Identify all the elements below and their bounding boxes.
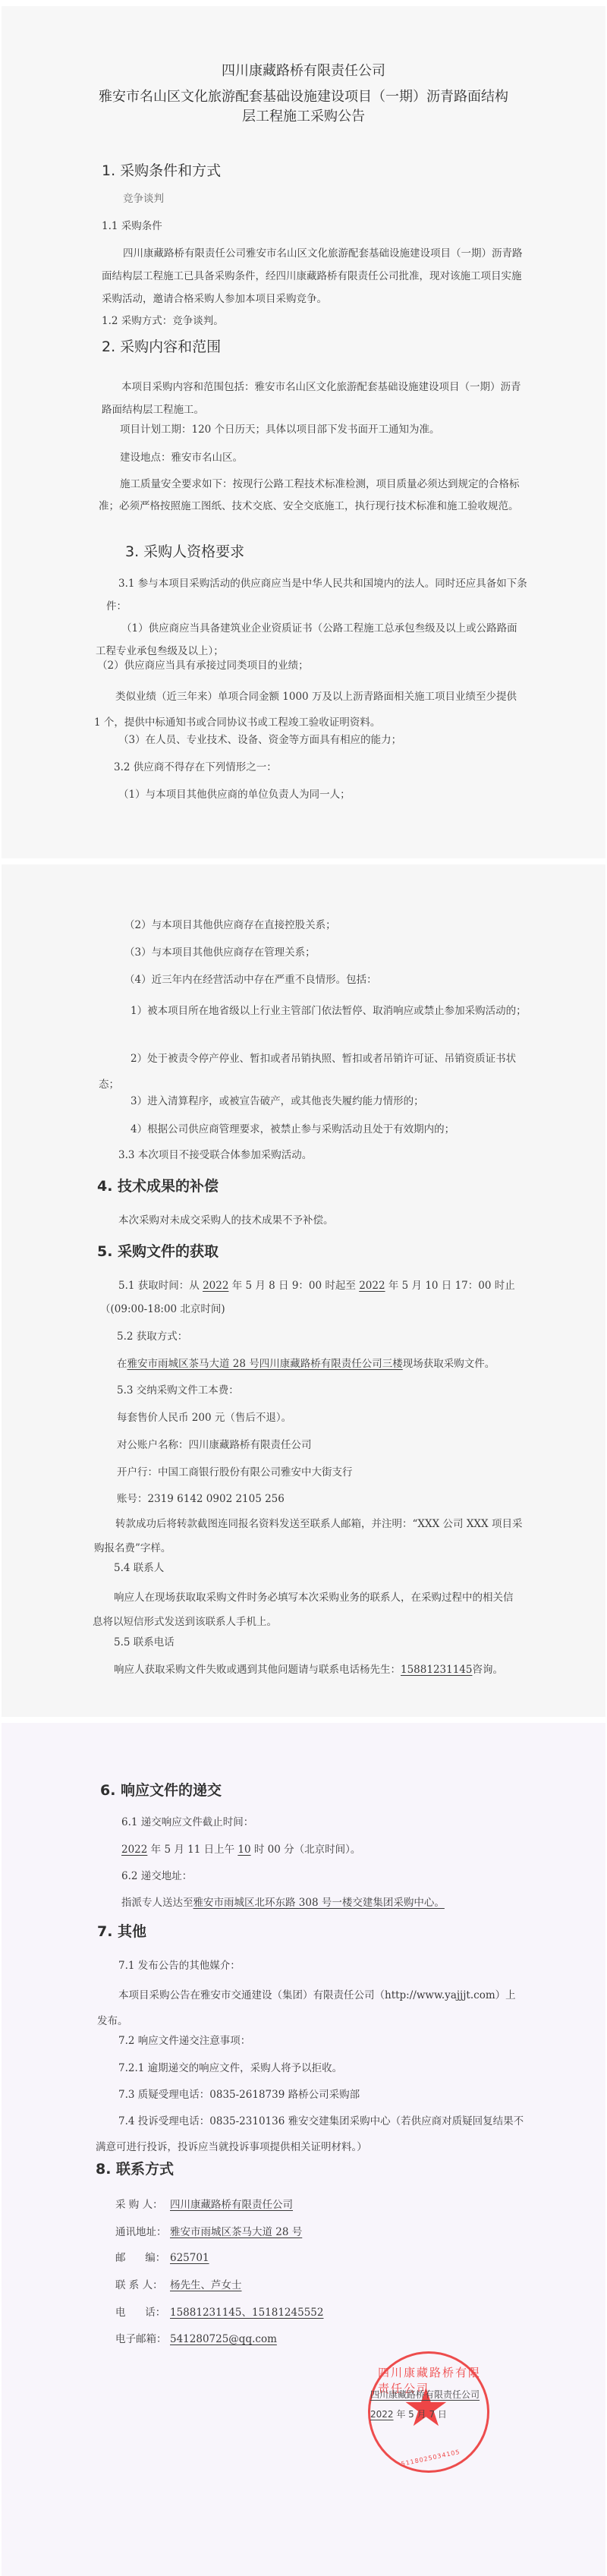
submission-address: 指派专人送达至雅安市雨城区北环东路 308 号一楼交建集团采购中心。 [121,1894,445,1911]
qualification-2: （2）供应商应当具有承接过同类项目的业绩； [97,657,309,674]
qualification-1: （1）供应商应当具备建筑业企业资质证书（公路工程施工总承包叁级及以上或公路路面工… [96,617,524,663]
project-location: 建设地点：雅安市名山区。 [120,449,243,466]
section-1-1-title: 1.1 采购条件 [102,218,162,235]
section-3-3: 3.3 本次项目不接受联合体参加采购活动。 [118,1147,312,1164]
account-name: 对公账户名称：四川康藏路桥有限责任公司 [117,1437,312,1453]
section-7-1: 7.1 发布公告的其他媒介： [118,1957,241,1974]
exclusion-3: （3）与本项目其他供应商存在管理关系； [124,944,316,961]
section-3-1: 3.1 参与本项目采购活动的供应商应当是中华人民共和国境内的法人。同时还应具备如… [106,572,527,618]
publication-media: 本项目采购公告在雅安市交通建设（集团）有限责任公司（http://www.yaj… [97,1982,526,2034]
signature-date: 2022 年 5 月 7 日 [370,2408,447,2420]
section-5-2: 5.2 获取方式： [117,1328,187,1345]
contact-row-address: 通讯地址：雅安市雨城区茶马大道 28 号 [115,2224,302,2241]
exclusion-4-2: 2）处于被责令停产停业、暂扣或者吊销执照、暂扣或者吊销许可证、吊销资质证书状态； [99,1046,527,1097]
exclusion-4-4: 4）根据公司供应商管理要求，被禁止参与采购活动且处于有效期内的； [131,1121,454,1138]
bank-name: 开户行：中国工商银行股份有限公司雅安中大街支行 [117,1464,353,1481]
contact-row-person: 联 系 人：杨先生、芦女士 [115,2277,242,2294]
section-1-heading: 1. 采购条件和方式 [102,159,221,180]
technical-compensation: 本次采购对未成交采购人的技术成果不予补偿。 [118,1212,334,1229]
contact-person-note: 响应人在现场获取取采购文件时务必填写本次采购业务的联系人，在采购过程中的相关信息… [93,1586,521,1634]
section-2-heading: 2. 采购内容和范围 [102,335,221,356]
contact-row-phone: 电 话：15881231145、15181245552 [115,2304,323,2321]
contact-phone-link[interactable]: 15881231145 [401,1664,472,1676]
company-name: 四川康藏路桥有限责任公司 [0,61,607,82]
submission-deadline: 2022 年 5 月 11 日上午 10 时 00 分（北京时间）。 [121,1841,360,1858]
exclusion-4-1: 1）被本项目所在地省级以上行业主管部门依法暂停、取消响应或禁止参加采购活动的； [99,998,527,1024]
notice-title-line2: 层工程施工采购公告 [0,106,607,128]
transfer-note: 转款成功后将转款截图连同报名资料发送至联系人邮箱，并注明：“XXX 公司 XXX… [94,1512,523,1560]
account-number: 账号：2319 6142 0902 2105 256 [117,1491,285,1507]
complaint-phone: 7.4 投诉受理电话：0835-2310136 雅安交建集团采购中心（若供应商对… [96,2108,524,2160]
exclusion-1: （1）与本项目其他供应商的单位负责人为同一人； [118,786,351,803]
contact-row-email: 电子邮箱：541280725@qq.com [115,2331,277,2348]
section-5-3: 5.3 交纳采购文件工本费： [117,1382,239,1399]
section-1-1-body: 四川康藏路桥有限责任公司雅安市名山区文化旅游配套基础设施建设项目（一期）沥青路面… [102,242,530,310]
section-3-2: 3.2 供应商不得存在下列情形之一： [114,759,277,776]
exclusion-2: （2）与本项目其他供应商存在直接控股关系； [124,917,336,934]
quality-requirements: 施工质量安全要求如下：按现行公路工程技术标准检测，项目质量必须达到规定的合格标准… [99,474,527,518]
qualification-3: （3）在人员、专业技术、设备、资金等方面具有相应的能力； [118,732,401,748]
section-6-heading: 6. 响应文件的递交 [100,1779,222,1800]
section-5-5: 5.5 联系电话 [114,1634,175,1651]
section-8-heading: 8. 联系方式 [96,2158,174,2178]
contact-phone-note: 响应人获取采购文件失败或遇到其他问题请与联系电话杨先生：15881231145咨… [114,1661,503,1678]
section-5-4: 5.4 联系人 [114,1560,164,1576]
procurement-method-label: 竞争谈判 [123,191,164,207]
stamp-code: 5118025034105 [401,2448,461,2467]
section-7-2: 7.2 响应文件递交注意事项： [118,2033,250,2049]
document-price: 每套售价人民币 200 元（售后不退）。 [117,1409,291,1426]
section-7-heading: 7. 其他 [97,1920,146,1941]
contact-email-link[interactable]: 541280725@qq.com [170,2333,277,2345]
project-period: 项目计划工期：120 个日历天；具体以项目部下发书面开工通知为准。 [120,421,440,438]
exclusion-4-3: 3）进入清算程序，或被宣告破产，或其他丧失履约能力情形的； [131,1093,424,1110]
section-6-2: 6.2 递交地址： [121,1868,192,1885]
section-4-heading: 4. 技术成果的补偿 [97,1175,219,1195]
acquisition-hours: （(09:00-18:00 北京时间) [100,1301,225,1318]
procurement-scope: 本项目采购内容和范围包括：雅安市名山区文化旅游配套基础设施建设项目（一期）沥青路… [102,376,530,421]
notice-title-line1: 雅安市名山区文化旅游配套基础设施建设项目（一期）沥青路面结构 [0,87,607,108]
exclusion-4: （4）近三年内在经营活动中存在严重不良情形。包括： [124,972,377,988]
section-1-2: 1.2 采购方式：竞争谈判。 [102,313,224,329]
section-3-heading: 3. 采购人资格要求 [125,540,244,561]
section-5-heading: 5. 采购文件的获取 [97,1240,219,1261]
contact-row-purchaser: 采 购 人：四川康藏路桥有限责任公司 [115,2197,293,2213]
signature-company: 四川康藏路桥有限责任公司 [370,2388,480,2401]
inquiry-phone: 7.3 质疑受理电话：0835-2618739 路桥公司采购部 [118,2086,360,2103]
contact-row-postcode: 邮 编：625701 [115,2250,209,2266]
contact-phones[interactable]: 15881231145、15181245552 [170,2307,323,2319]
acquisition-time: 5.1 获取时间：从 2022 年 5 月 8 日 9：00 时起至 2022 … [118,1277,515,1294]
section-6-1: 6.1 递交响应文件截止时间： [121,1814,253,1831]
section-7-2-1: 7.2.1 逾期递交的响应文件，采购人将予以拒收。 [118,2060,342,2077]
acquisition-method: 在雅安市雨城区茶马大道 28 号四川康藏路桥有限责任公司三楼现场获取采购文件。 [117,1356,495,1372]
qualification-2-detail: 类似业绩（近三年来）单项合同金额 1000 万及以上沥青路面相关施工项目业绩至少… [94,684,523,735]
